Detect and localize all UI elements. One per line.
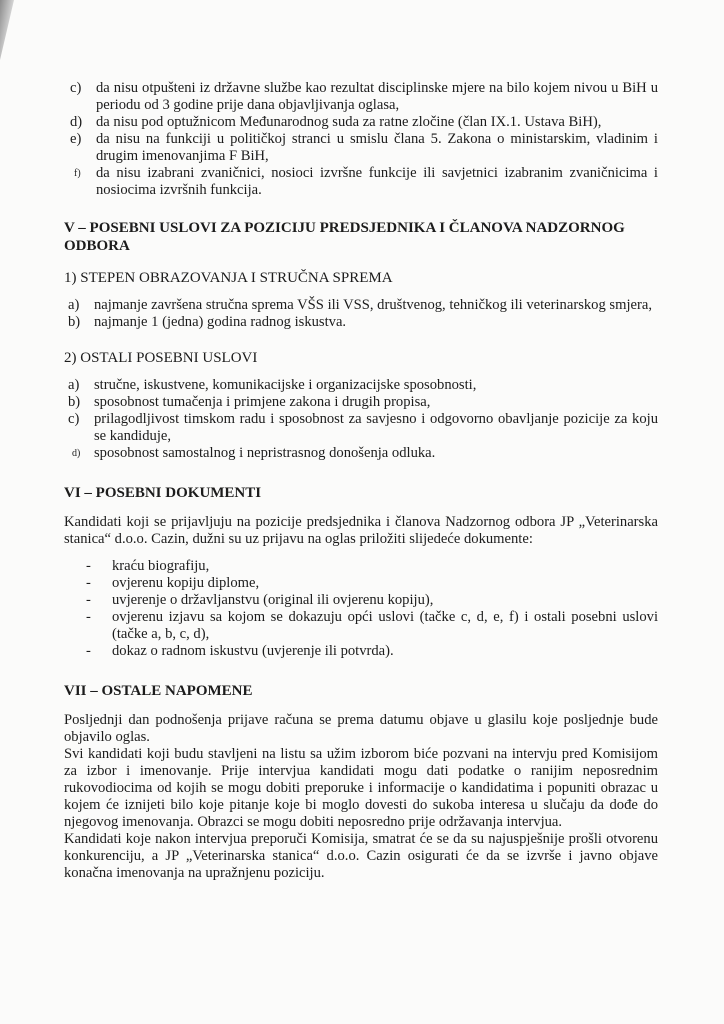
- section-vii-body: Posljednji dan podnošenja prijave računa…: [64, 712, 658, 882]
- section-vii-heading: VII – OSTALE NAPOMENE: [64, 682, 658, 700]
- list-item: f)da nisu izabrani zvaničnici, nosioci i…: [70, 165, 658, 199]
- documents-list: -kraću biografiju, -ovjerenu kopiju dipl…: [64, 558, 658, 660]
- list-item: b)sposobnost tumačenja i primjene zakona…: [68, 394, 658, 411]
- list-item: -ovjerenu izjavu sa kojom se dokazuju op…: [64, 609, 658, 643]
- list-item: d)sposobnost samostalnog i nepristrasnog…: [68, 445, 658, 462]
- general-conditions-list: c)da nisu otpušteni iz državne službe ka…: [70, 80, 658, 199]
- list-item: -uvjerenje o državljanstvu (original ili…: [64, 592, 658, 609]
- list-item: d)da nisu pod optužnicom Međunarodnog su…: [70, 114, 658, 131]
- section-v-sub1-heading: 1) STEPEN OBRAZOVANJA I STRUČNA SPREMA: [64, 269, 658, 287]
- list-item: -ovjerenu kopiju diplome,: [64, 575, 658, 592]
- scan-page-edge: [0, 0, 14, 60]
- list-item: a)stručne, iskustvene, komunikacijske i …: [68, 377, 658, 394]
- paragraph: Svi kandidati koji budu stavljeni na lis…: [64, 746, 658, 831]
- paragraph: Kandidati koje nakon intervjua preporuči…: [64, 831, 658, 882]
- list-item: a)najmanje završena stručna sprema VŠS i…: [68, 297, 658, 314]
- list-item: -kraću biografiju,: [64, 558, 658, 575]
- section-vi-intro: Kandidati koji se prijavljuju na pozicij…: [64, 514, 658, 548]
- list-item: e)da nisu na funkciji u političkoj stran…: [70, 131, 658, 165]
- special-conditions-list: a)stručne, iskustvene, komunikacijske i …: [68, 377, 658, 462]
- paragraph: Posljednji dan podnošenja prijave računa…: [64, 712, 658, 746]
- list-item: b)najmanje 1 (jedna) godina radnog iskus…: [68, 314, 658, 331]
- section-v-sub2-heading: 2) OSTALI POSEBNI USLOVI: [64, 349, 658, 367]
- list-item: c)da nisu otpušteni iz državne službe ka…: [70, 80, 658, 114]
- document-page: c)da nisu otpušteni iz državne službe ka…: [68, 80, 658, 882]
- education-list: a)najmanje završena stručna sprema VŠS i…: [68, 297, 658, 331]
- section-v-heading: V – POSEBNI USLOVI ZA POZICIJU PREDSJEDN…: [64, 219, 658, 255]
- list-item: c)prilagodljivost timskom radu i sposobn…: [68, 411, 658, 445]
- section-vi-heading: VI – POSEBNI DOKUMENTI: [64, 484, 658, 502]
- list-item: -dokaz o radnom iskustvu (uvjerenje ili …: [64, 643, 658, 660]
